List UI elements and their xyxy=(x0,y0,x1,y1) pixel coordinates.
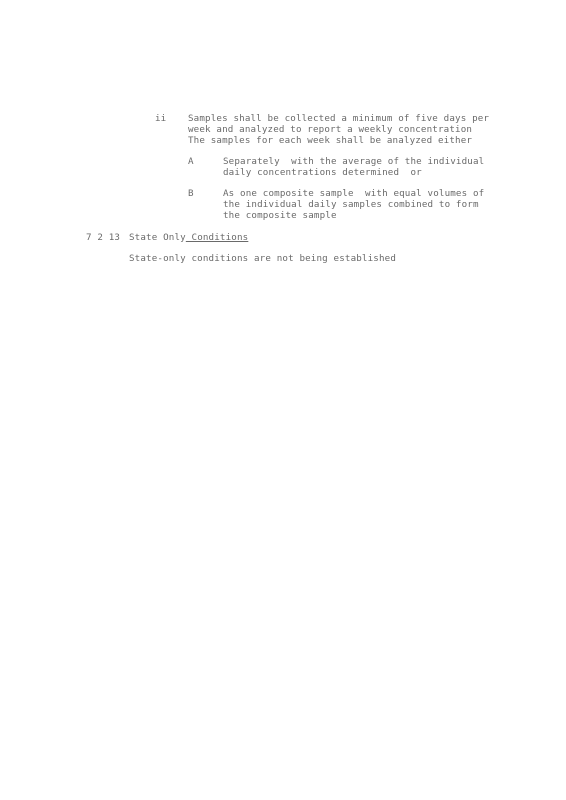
item-ii-line-1: Samples shall be collected a minimum of … xyxy=(188,113,489,124)
section-title-plain: State Only xyxy=(129,232,186,243)
item-b-line-2: the individual daily samples combined to… xyxy=(223,199,479,210)
item-b-marker: B xyxy=(188,188,194,199)
item-ii-line-3: The samples for each week shall be analy… xyxy=(188,135,472,146)
item-a-line-2: daily concentrations determined or xyxy=(223,167,422,178)
item-b-line-1: As one composite sample with equal volum… xyxy=(223,188,484,199)
item-ii-marker: ii xyxy=(155,113,166,124)
section-number: 7 2 13 xyxy=(86,232,120,243)
section-heading: State Only Conditions xyxy=(129,232,248,243)
item-ii-line-2: week and analyzed to report a weekly con… xyxy=(188,124,472,135)
section-body: State-only conditions are not being esta… xyxy=(129,253,396,264)
section-title-underlined: Conditions xyxy=(186,232,249,243)
item-b-line-3: the composite sample xyxy=(223,210,337,221)
item-a-line-1: Separately with the average of the indiv… xyxy=(223,156,484,167)
item-a-marker: A xyxy=(188,156,194,167)
